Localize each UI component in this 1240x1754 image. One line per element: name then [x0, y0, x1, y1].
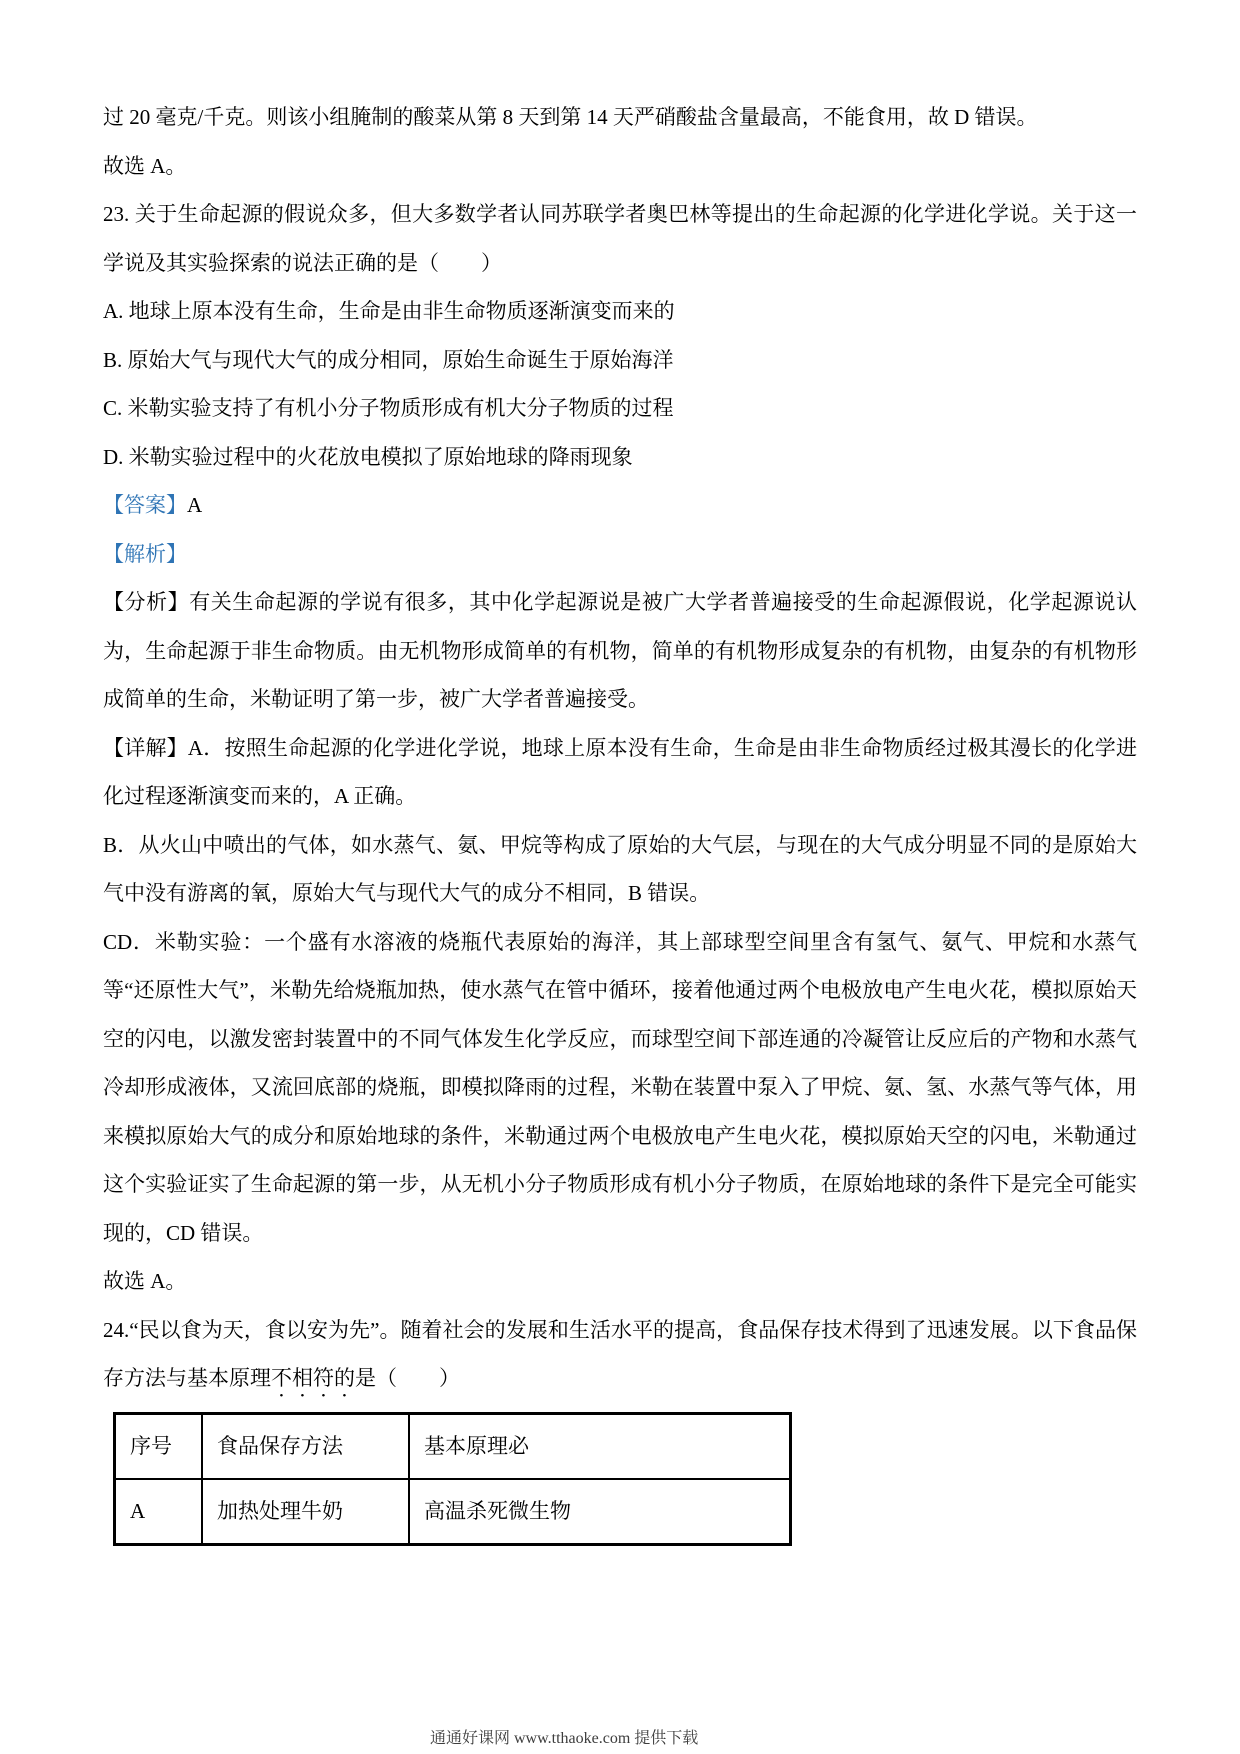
xiangjie-a-text: A．按照生命起源的化学进化学说，地球上原本没有生命，生命是由非生命物质经过极其漫…: [103, 736, 1137, 809]
document-page: 过 20 毫克/千克。则该小组腌制的酸菜从第 8 天到第 14 天严硝酸盐含量最…: [0, 0, 1240, 1754]
q24-stem: 24.“民以食为天，食以安为先”。随着社会的发展和生活水平的提高，食品保存技术得…: [103, 1306, 1137, 1403]
q24-table-cell-method: 加热处理牛奶: [202, 1479, 409, 1545]
answer-value: A: [187, 493, 202, 517]
q23-detail-a-paragraph: 【详解】A．按照生命起源的化学进化学说，地球上原本没有生命，生命是由非生命物质经…: [103, 724, 1137, 821]
q24-stem-pre: 24.“民以食为天，食以安为先”。随着社会的发展和生活水平的提高，食品保存技术得…: [103, 1318, 1137, 1391]
q23-jiexi-line: 【解析】: [103, 530, 1137, 579]
q24-table-cell-no: A: [115, 1479, 203, 1545]
q23-option-b: B. 原始大气与现代大气的成分相同，原始生命诞生于原始海洋: [103, 336, 1137, 385]
q23-detail-b-paragraph: B．从火山中喷出的气体，如水蒸气、氨、甲烷等构成了原始的大气层，与现在的大气成分…: [103, 821, 1137, 918]
q23-option-c: C. 米勒实验支持了有机小分子物质形成有机大分子物质的过程: [103, 384, 1137, 433]
q24-stem-emphasized: 不相符的: [271, 1366, 355, 1390]
page-footer: 通通好课网 www.tthaoke.com 提供下载: [430, 1728, 698, 1750]
q23-option-d: D. 米勒实验过程中的火花放电模拟了原始地球的降雨现象: [103, 433, 1137, 482]
q23-option-a: A. 地球上原本没有生命，生命是由非生命物质逐渐演变而来的: [103, 287, 1137, 336]
jiexi-label: 【解析】: [103, 542, 187, 566]
q23-fenxi-paragraph: 【分析】有关生命起源的学说有很多，其中化学起源说是被广大学者普遍接受的生命起源假…: [103, 578, 1137, 724]
answer-label: 【答案】: [103, 493, 187, 517]
q24-table-header-row: 序号 食品保存方法 基本原理必: [115, 1413, 791, 1479]
q23-stem: 23. 关于生命起源的假说众多，但大多数学者认同苏联学者奥巴林等提出的生命起源的…: [103, 190, 1137, 287]
xiangjie-label: 【详解】: [103, 736, 188, 760]
fenxi-text: 有关生命起源的学说有很多，其中化学起源说是被广大学者普遍接受的生命起源假说，化学…: [103, 590, 1137, 711]
q24-table-cell-principle: 高温杀死微生物: [409, 1479, 791, 1545]
q23-answer-line: 【答案】A: [103, 481, 1137, 530]
q24-stem-post: 是（ ）: [355, 1366, 460, 1390]
fenxi-label: 【分析】: [103, 590, 189, 614]
q24-table-header-principle: 基本原理必: [409, 1413, 791, 1479]
q23-detail-cd-paragraph: CD．米勒实验：一个盛有水溶液的烧瓶代表原始的海洋，其上部球型空间里含有氢气、氨…: [103, 918, 1137, 1258]
document-content: 过 20 毫克/千克。则该小组腌制的酸菜从第 8 天到第 14 天严硝酸盐含量最…: [103, 93, 1137, 1546]
q22-conclusion: 故选 A。: [103, 142, 1137, 191]
q24-table-header-method: 食品保存方法: [202, 1413, 409, 1479]
q22-tail-text: 过 20 毫克/千克。则该小组腌制的酸菜从第 8 天到第 14 天严硝酸盐含量最…: [103, 93, 1137, 142]
q23-conclusion: 故选 A。: [103, 1257, 1137, 1306]
q24-table-header-no: 序号: [115, 1413, 203, 1479]
q24-table: 序号 食品保存方法 基本原理必 A 加热处理牛奶 高温杀死微生物: [113, 1412, 792, 1546]
q24-table-row-a: A 加热处理牛奶 高温杀死微生物: [115, 1479, 791, 1545]
